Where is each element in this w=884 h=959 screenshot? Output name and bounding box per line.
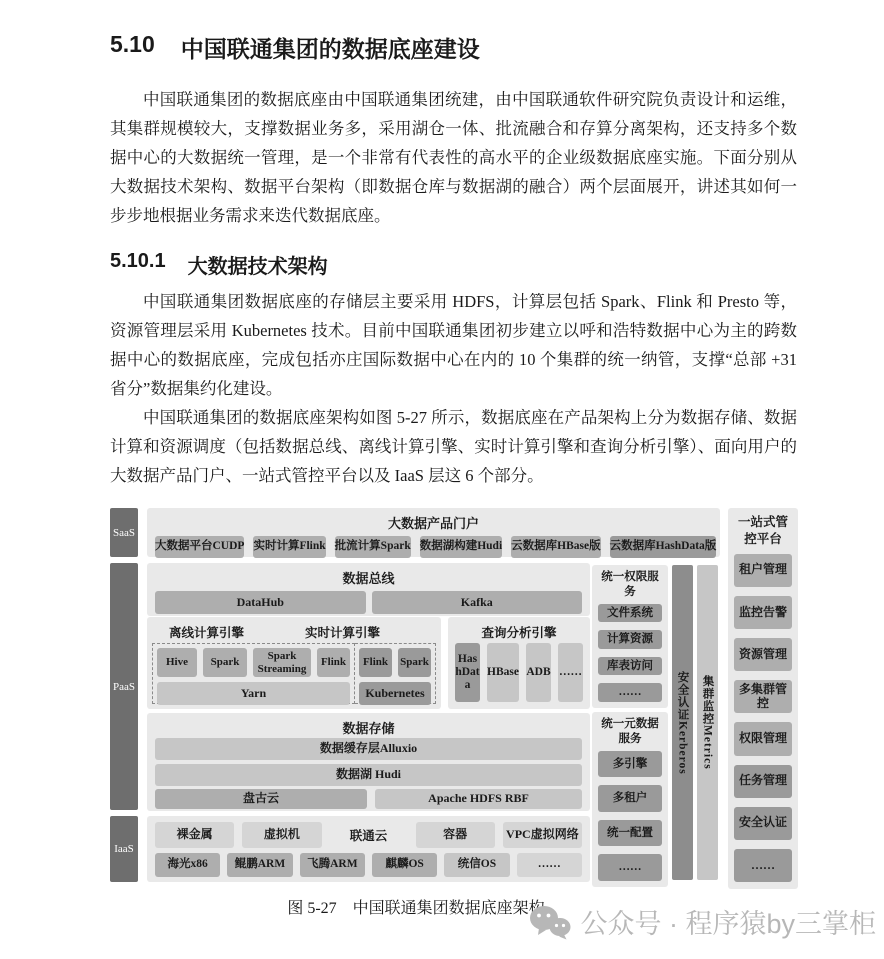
databus-panel: 数据总线 DataHub Kafka xyxy=(147,563,590,616)
storage-panel-title: 数据存储 xyxy=(147,718,590,737)
databus-panel-title: 数据总线 xyxy=(147,568,590,587)
iaas-hardware-box: …… xyxy=(517,853,582,877)
subsection-number: 5.10.1 xyxy=(110,250,166,279)
iaas-resource-box: 裸金属 xyxy=(155,822,234,848)
engine-box: Flink xyxy=(359,648,392,677)
permission-service-title: 统一权限服务 xyxy=(598,570,662,600)
watermark: 公众号 · 程序猿by三掌柜 xyxy=(529,902,876,941)
data-storage-panel: 数据存储 数据缓存层Alluxio 数据湖 Hudi 盘古云 Apache HD… xyxy=(147,713,590,811)
paragraph-2: 中国联通集团数据底座的存储层主要采用 HDFS，计算层包括 Spark、Flin… xyxy=(110,287,797,403)
metrics-monitor-bar: 集群监控Metrics xyxy=(697,565,718,880)
iaas-hardware-box: 统信OS xyxy=(444,853,509,877)
layer-label-iaas: IaaS xyxy=(110,816,138,882)
engine-box: Spark Streaming xyxy=(253,648,311,677)
management-box: 多集群管控 xyxy=(734,680,792,713)
query-panel-title: 查询分析引擎 xyxy=(448,623,590,641)
hdfs-rbf-box: Apache HDFS RBF xyxy=(375,789,582,809)
management-box: 任务管理 xyxy=(734,765,792,798)
iaas-panel: 裸金属 虚拟机 联通云 容器 VPC虚拟网络 海光x86 鲲鹏ARM 飞腾ARM… xyxy=(147,816,590,882)
permission-box: 计算资源 xyxy=(598,630,662,649)
pangu-cloud-box: 盘古云 xyxy=(155,789,367,809)
kubernetes-scheduler-box: Kubernetes xyxy=(359,682,431,705)
metadata-service-boxes: 多引擎 多租户 统一配置 …… xyxy=(598,751,662,881)
section-title: 中国联通集团的数据底座建设 xyxy=(181,31,480,64)
compute-engines-panel: 离线计算引擎 实时计算引擎 Hive Spark Spark Streaming… xyxy=(147,617,441,709)
metadata-box: 统一配置 xyxy=(598,820,662,847)
engine-box: Hive xyxy=(157,648,197,677)
management-box: …… xyxy=(734,849,792,882)
management-box: 监控告警 xyxy=(734,596,792,629)
saas-product-box: 数据湖构建Hudi xyxy=(420,536,502,558)
saas-product-box: 大数据平台CUDP xyxy=(155,536,244,558)
cache-layer-box: 数据缓存层Alluxio xyxy=(155,738,582,760)
yarn-engine-group: Hive Spark Spark Streaming Flink Yarn xyxy=(152,643,355,704)
section-heading: 5.10 中国联通集团的数据底座建设 xyxy=(110,31,800,64)
paragraph-3: 中国联通集团的数据底座架构如图 5-27 所示，数据底座在产品架构上分为数据存储… xyxy=(110,403,797,490)
permission-box: …… xyxy=(598,683,662,702)
databus-box: Kafka xyxy=(372,591,583,614)
unicom-cloud-title: 联通云 xyxy=(330,826,408,844)
query-engine-box: HBase xyxy=(487,643,519,702)
permission-box: 文件系统 xyxy=(598,604,662,623)
engine-box: Spark xyxy=(203,648,247,677)
iaas-resource-box: 虚拟机 xyxy=(242,822,321,848)
paragraph-1: 中国联通集团的数据底座由中国联通集团统建，由中国联通软件研究院负责设计和运维，其… xyxy=(110,85,797,230)
storage-bottom-row: 盘古云 Apache HDFS RBF xyxy=(155,789,582,809)
saas-panel-title: 大数据产品门户 xyxy=(147,513,720,532)
saas-product-box: 实时计算Flink xyxy=(253,536,325,558)
metadata-box: 多引擎 xyxy=(598,751,662,778)
iaas-hardware-box: 飞腾ARM xyxy=(300,853,365,877)
compute-dashed-region: Hive Spark Spark Streaming Flink Yarn Fl… xyxy=(152,643,436,704)
iaas-hardware-box: 鲲鹏ARM xyxy=(227,853,292,877)
data-lake-box: 数据湖 Hudi xyxy=(155,764,582,786)
wechat-icon xyxy=(529,904,571,940)
metadata-service-title: 统一元数据服务 xyxy=(598,717,662,747)
subsection-heading: 5.10.1 大数据技术架构 xyxy=(110,250,800,279)
management-platform-title: 一站式管控平台 xyxy=(734,514,792,548)
realtime-engines-row: Flink Spark xyxy=(359,648,431,677)
query-engine-box: ADB xyxy=(526,643,551,702)
management-boxes: 租户管理 监控告警 资源管理 多集群管控 权限管理 任务管理 安全认证 …… xyxy=(734,554,792,882)
iaas-resource-box: VPC虚拟网络 xyxy=(503,822,582,848)
realtime-engine-title: 实时计算引擎 xyxy=(305,623,380,641)
layer-label-saas: SaaS xyxy=(110,508,138,557)
management-platform-panel: 一站式管控平台 租户管理 监控告警 资源管理 多集群管控 权限管理 任务管理 安… xyxy=(728,508,798,889)
watermark-text: 公众号 · 程序猿by三掌柜 xyxy=(580,902,876,941)
management-box: 权限管理 xyxy=(734,722,792,755)
query-engines-panel: 查询分析引擎 HashData HBase ADB …… xyxy=(448,617,590,709)
iaas-resource-box: 容器 xyxy=(416,822,495,848)
permission-service-panel: 统一权限服务 文件系统 计算资源 库表访问 …… xyxy=(592,565,668,708)
databus-row: DataHub Kafka xyxy=(147,587,590,614)
management-box: 租户管理 xyxy=(734,554,792,587)
management-box: 安全认证 xyxy=(734,807,792,840)
management-box: 资源管理 xyxy=(734,638,792,671)
saas-product-box: 云数据库HashData版 xyxy=(610,536,717,558)
metadata-service-panel: 统一元数据服务 多引擎 多租户 统一配置 …… xyxy=(592,712,668,887)
kubernetes-engine-group: Flink Spark Kubernetes xyxy=(355,643,436,704)
permission-service-boxes: 文件系统 计算资源 库表访问 …… xyxy=(598,604,662,702)
iaas-hardware-box: 海光x86 xyxy=(155,853,220,877)
iaas-hardware-row: 海光x86 鲲鹏ARM 飞腾ARM 麒麟OS 统信OS …… xyxy=(155,853,582,877)
metadata-box: 多租户 xyxy=(598,785,662,812)
engine-box: Flink xyxy=(317,648,350,677)
layer-label-paas: PaaS xyxy=(110,563,138,810)
book-page: { "palette": { "label": "#6e6e6e", "pane… xyxy=(0,0,884,959)
offline-engine-title: 离线计算引擎 xyxy=(169,623,244,641)
iaas-cloud-row: 裸金属 虚拟机 联通云 容器 VPC虚拟网络 xyxy=(155,822,582,848)
metadata-box: …… xyxy=(598,854,662,881)
saas-product-row: 大数据平台CUDP 实时计算Flink 批流计算Spark 数据湖构建Hudi … xyxy=(147,532,720,558)
architecture-diagram: SaaS PaaS IaaS 大数据产品门户 大数据平台CUDP 实时计算Fli… xyxy=(0,505,884,895)
saas-product-box: 云数据库HBase版 xyxy=(511,536,600,558)
query-engines-row: HashData HBase ADB …… xyxy=(455,643,583,702)
iaas-hardware-box: 麒麟OS xyxy=(372,853,437,877)
yarn-scheduler-box: Yarn xyxy=(157,682,350,705)
kerberos-auth-bar: 安全认证Kerberos xyxy=(672,565,693,880)
saas-product-box: 批流计算Spark xyxy=(335,536,411,558)
query-engine-box: …… xyxy=(558,643,583,702)
section-number: 5.10 xyxy=(110,31,155,64)
query-engine-box: HashData xyxy=(455,643,480,702)
permission-box: 库表访问 xyxy=(598,657,662,676)
subsection-title: 大数据技术架构 xyxy=(188,250,328,279)
offline-engines-row: Hive Spark Spark Streaming Flink xyxy=(157,648,350,677)
databus-box: DataHub xyxy=(155,591,366,614)
saas-product-portal-panel: 大数据产品门户 大数据平台CUDP 实时计算Flink 批流计算Spark 数据… xyxy=(147,508,720,557)
engine-box: Spark xyxy=(398,648,431,677)
